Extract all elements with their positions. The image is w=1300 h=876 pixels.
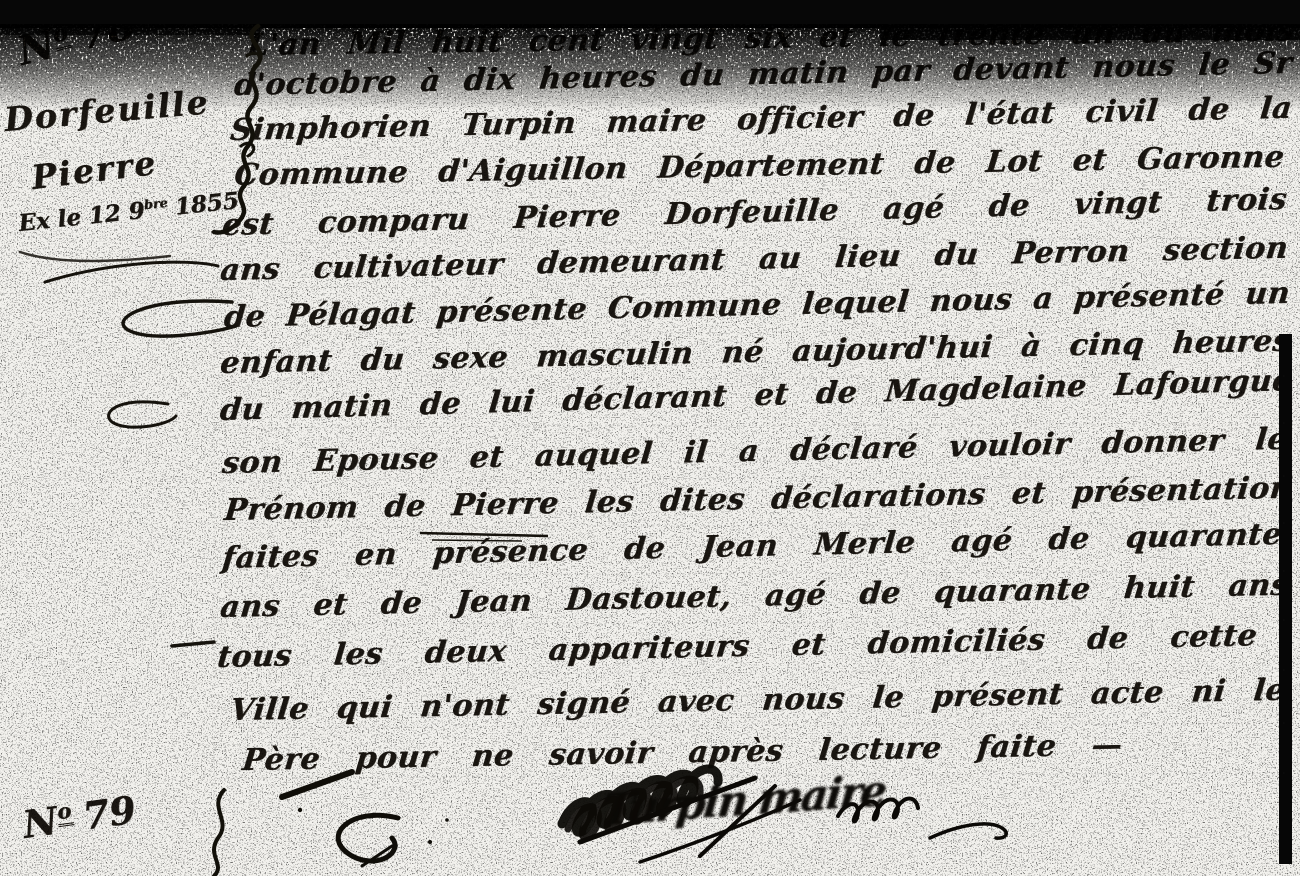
act-text-line: Père pour ne savoir après lecture faite … (240, 726, 1124, 783)
handwritten-text-layer: No78 Dorfeuille Pierre Ex le 12 9bre1855… (0, 0, 1300, 876)
margin-surname: Dorfeuille (3, 82, 211, 139)
next-act-ordinal: o (54, 798, 74, 828)
scanned-register-page: No78 Dorfeuille Pierre Ex le 12 9bre1855… (0, 0, 1300, 876)
next-act-value: 79 (80, 787, 139, 839)
next-act-prefix: N (20, 798, 61, 847)
signature-text: Turpin maire (600, 766, 888, 835)
note-text: Ex le 12 9 (17, 197, 146, 237)
margin-given-name: Pierre (29, 143, 159, 197)
note-month-sup: bre (143, 195, 168, 212)
act-number: No78 (13, 1, 140, 75)
act-text-line: Ville qui n'ont signé avec nous le prése… (228, 671, 1287, 733)
next-act-number: No79 (20, 787, 139, 847)
act-number-value: 78 (74, 1, 139, 60)
